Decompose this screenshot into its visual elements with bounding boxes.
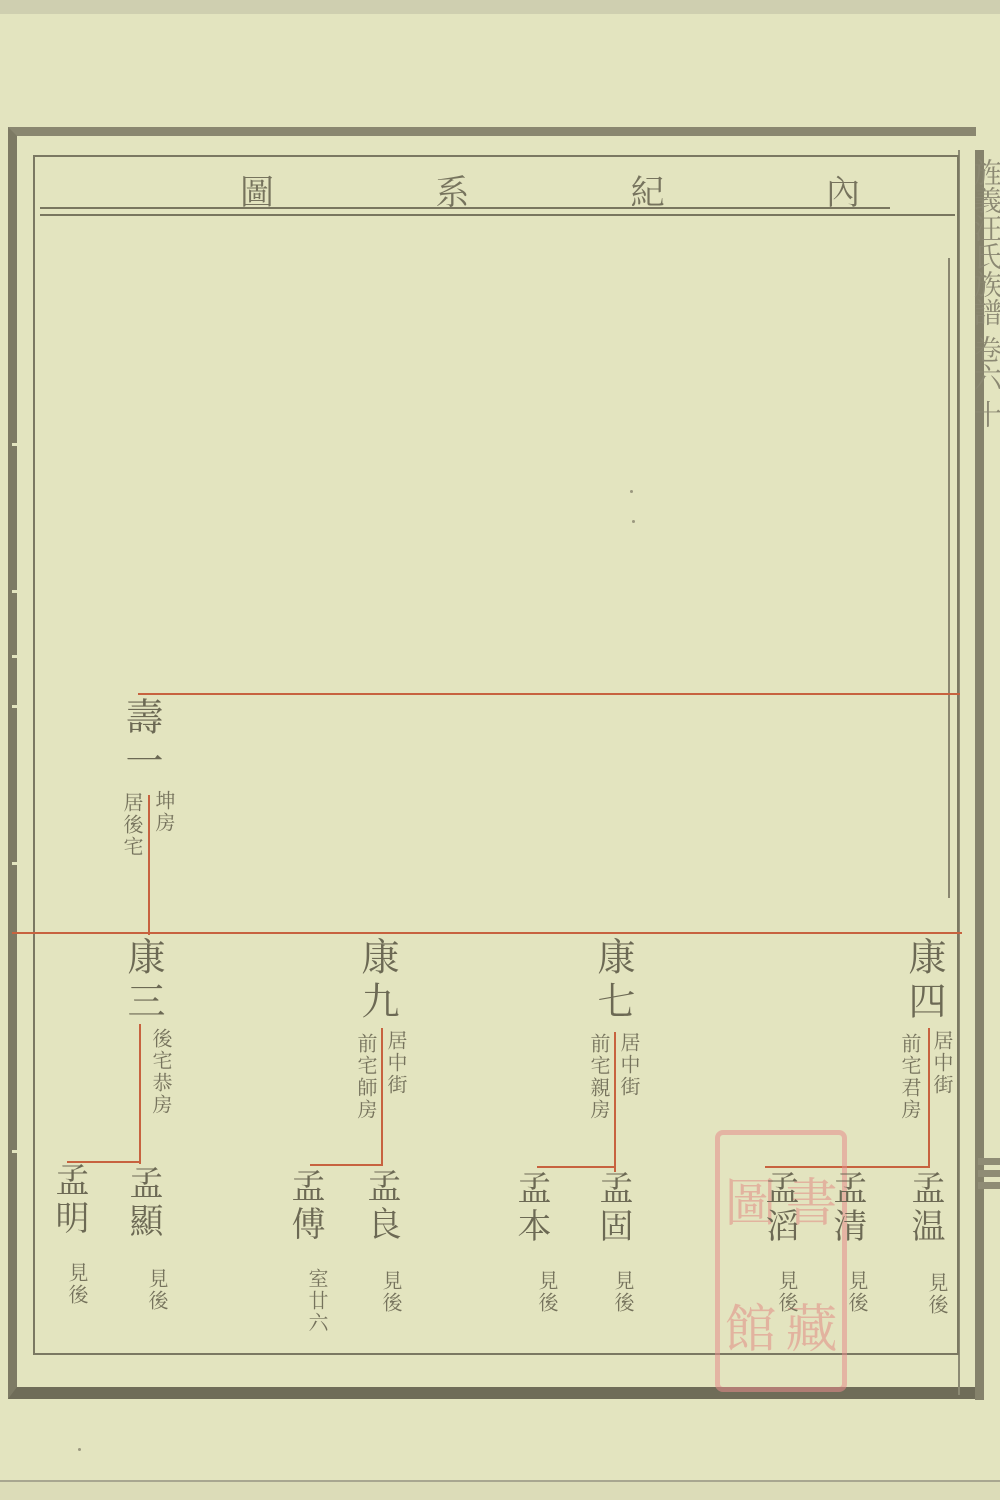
person-name: 康四 [903,937,945,1025]
binding-gap [12,443,26,446]
fish-tail-mark [978,1158,1000,1192]
person-note-right: 居中街 [385,1030,407,1096]
person-name: 孟明 [50,1162,88,1238]
person-note: 見後 [612,1270,634,1314]
person-note-left: 居後宅 [121,792,143,858]
person-name: 康三 [122,937,164,1025]
lineage-link-kang9 [381,1028,383,1166]
person-name: 孟固 [594,1170,632,1246]
lineage-line-gen1 [138,693,960,695]
binding-gap [12,590,26,593]
person-name: 孟滔 [760,1170,798,1246]
person-note-left: 前宅師房 [355,1033,377,1121]
person-note: 見後 [66,1262,88,1306]
title-underline-2 [40,214,955,216]
person-note-right: 居中街 [931,1030,953,1096]
person-note-right: 後宅恭房 [150,1028,172,1116]
page-title: 內 紀 系 圖 [240,165,860,214]
lineage-line-gen2 [12,932,962,934]
title-char: 紀 [631,165,665,214]
title-char: 圖 [240,165,274,214]
person-name: 康七 [592,937,634,1025]
person-note: 室廿六 [306,1268,328,1334]
person-note-right: 居中街 [618,1032,640,1098]
paper-fleck [78,1448,81,1451]
person-name: 孟顯 [124,1165,162,1241]
lineage-link-kang3 [139,1024,141,1164]
person-note-left: 前宅君房 [899,1033,921,1121]
title-char: 內 [826,165,860,214]
person-note-right: 坤房 [153,790,175,834]
title-char: 系 [435,165,469,214]
binding-gap [12,705,26,708]
person-name: 壽一 [120,697,162,785]
person-note: 見後 [536,1270,558,1314]
person-name: 孟良 [362,1168,400,1244]
margin-book-title: 旌義汪氏族譜 卷六 十 [972,158,1000,428]
person-name: 孟清 [828,1170,866,1246]
lineage-line-kang9-children [310,1164,383,1166]
seal-char: 館 [720,1287,781,1362]
person-name: 孟傅 [286,1168,324,1244]
lineage-link-gen1 [148,795,150,935]
binding-gap [12,862,26,865]
person-name: 孟温 [906,1170,944,1246]
person-note: 見後 [926,1272,948,1316]
binding-gap [12,655,26,658]
person-note: 見後 [776,1270,798,1314]
lineage-link-kang7 [614,1032,616,1172]
upper-box-rule [948,258,950,898]
paper-top-edge [0,0,1000,14]
person-name: 孟本 [512,1170,550,1246]
person-note: 見後 [146,1268,168,1312]
paper-fleck [632,520,635,523]
paper-fleck [630,490,633,493]
person-note-left: 前宅親房 [588,1033,610,1121]
person-note: 見後 [380,1270,402,1314]
lineage-line-kang7-children [537,1166,616,1168]
binding-gap [12,1150,26,1153]
paper-bottom-edge [0,1480,1000,1500]
person-name: 康九 [356,937,398,1025]
person-note: 見後 [846,1270,868,1314]
